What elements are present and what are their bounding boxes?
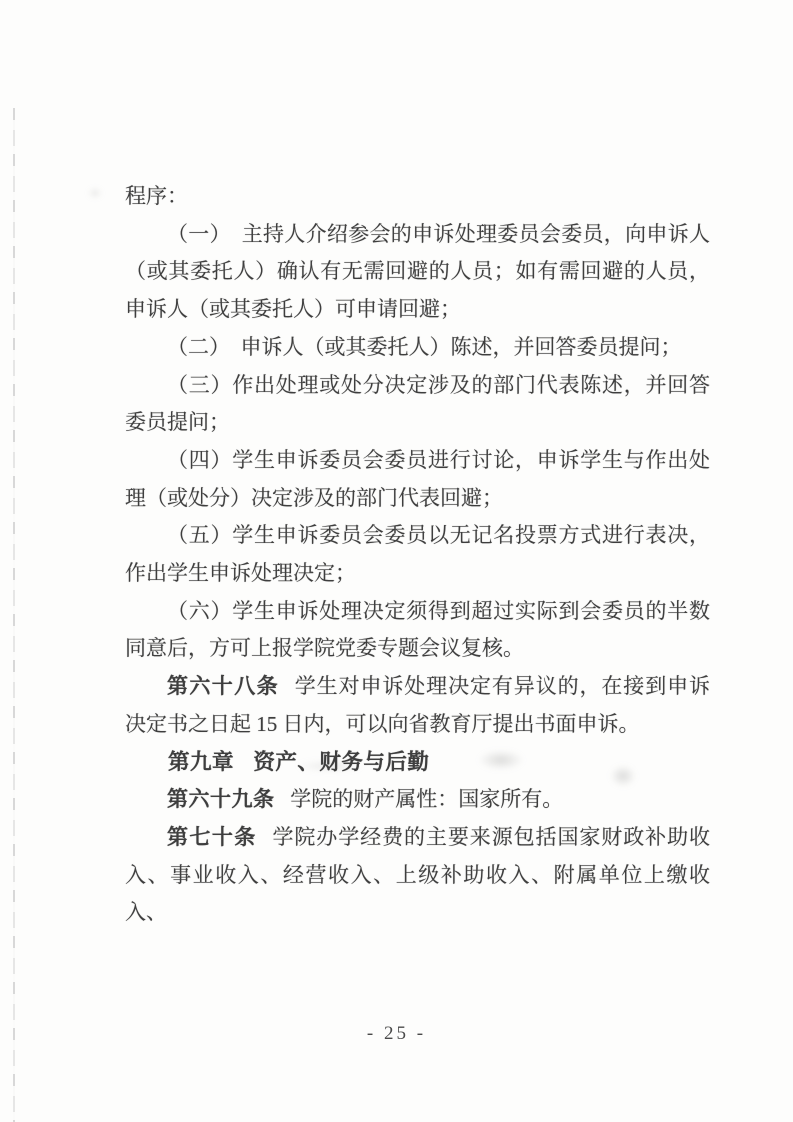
document-text-block: 程序： （一） 主持人介绍参会的申诉处理委员会委员，向申诉人（或其委托人）确认有… xyxy=(125,178,710,932)
list-item-6: （六）学生申诉处理决定须得到超过实际到会委员的半数同意后，方可上报学院党委专题会… xyxy=(125,593,710,668)
scanned-document-page: 程序： （一） 主持人介绍参会的申诉处理委员会委员，向申诉人（或其委托人）确认有… xyxy=(0,0,793,1122)
chapter-9-heading: 第九章资产、财务与后勤 xyxy=(125,744,710,782)
list-item-4: （四）学生申诉委员会委员进行讨论，申诉学生与作出处理（或处分）决定涉及的部门代表… xyxy=(125,442,710,517)
page-number: - 25 - xyxy=(0,1023,793,1045)
article-68-number: 第六十八条 xyxy=(167,675,279,698)
article-69: 第六十九条学院的财产属性：国家所有。 xyxy=(125,781,710,819)
article-70: 第七十条学院办学经费的主要来源包括国家财政补助收入、事业收入、经营收入、上级补助… xyxy=(125,819,710,932)
scan-crease-line xyxy=(13,108,15,1122)
list-item-1: （一） 主持人介绍参会的申诉处理委员会委员，向申诉人（或其委托人）确认有无需回避… xyxy=(125,216,710,329)
chapter-9-title: 资产、财务与后勤 xyxy=(253,750,429,774)
article-69-number: 第六十九条 xyxy=(167,788,275,811)
chapter-9-label: 第九章 xyxy=(168,750,234,774)
paragraph-intro: 程序： xyxy=(125,178,710,216)
article-69-text: 学院的财产属性：国家所有。 xyxy=(290,787,563,811)
article-70-number: 第七十条 xyxy=(167,826,257,849)
list-item-2: （二） 申诉人（或其委托人）陈述，并回答委员提问； xyxy=(125,329,710,367)
list-item-3: （三）作出处理或处分决定涉及的部门代表陈述，并回答委员提问； xyxy=(125,367,710,442)
list-item-5: （五）学生申诉委员会委员以无记名投票方式进行表决，作出学生申诉处理决定； xyxy=(125,517,710,592)
article-68: 第六十八条学生对申诉处理决定有异议的，在接到申诉决定书之日起 15 日内，可以向… xyxy=(125,668,710,743)
scan-smudge xyxy=(88,188,102,198)
